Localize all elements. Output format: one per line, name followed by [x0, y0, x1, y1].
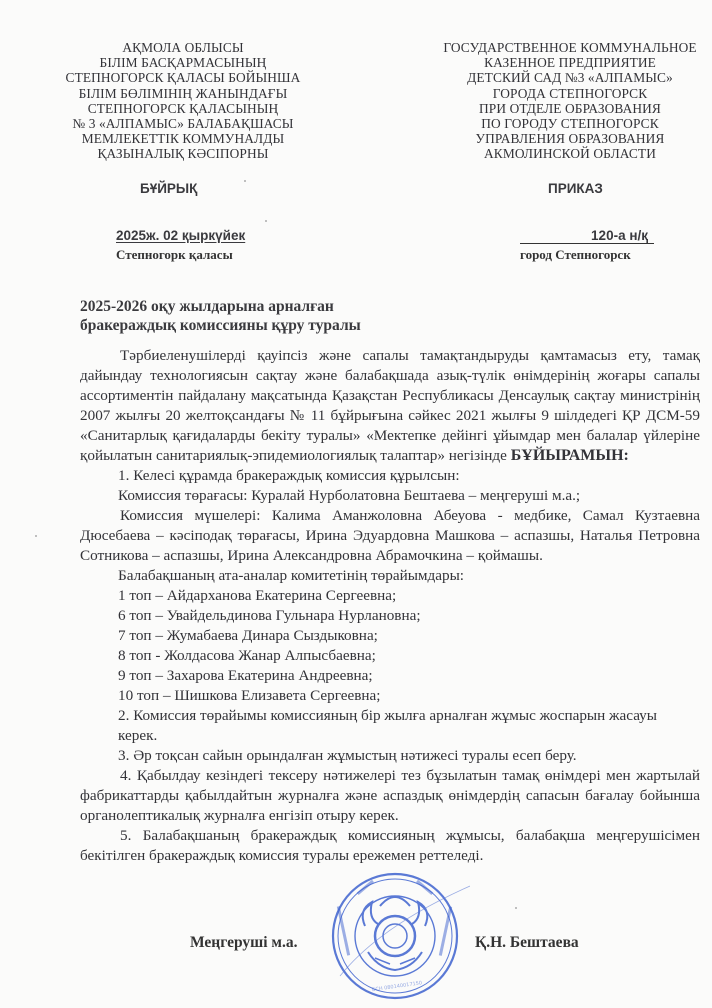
- parent-group-item: 7 топ – Жумабаева Динара Сыздыковна;: [80, 626, 700, 646]
- parents-heading: Балабақшаның ата-аналар комитетінің төра…: [80, 566, 700, 586]
- header-kz-line: ҚАЗЫНАЛЫҚ КӘСІПОРНЫ: [48, 146, 318, 161]
- order-title: 2025-2026 оқу жылдарына арналған бракера…: [80, 297, 361, 335]
- header-kz-line: № 3 «АЛПАМЫС» БАЛАБАҚШАСЫ: [48, 116, 318, 131]
- header-ru-line: ГОСУДАРСТВЕННОЕ КОММУНАЛЬНОЕ: [420, 40, 712, 55]
- seal-emblem-icon: БСН 080140017150: [320, 866, 470, 1000]
- parent-group-item: 1 топ – Айдарханова Екатерина Сергеевна;: [80, 586, 700, 606]
- scan-speck: [515, 907, 517, 909]
- commission-members: Комиссия мүшелері: Калима Аманжоловна Аб…: [80, 506, 700, 566]
- header-russian: ГОСУДАРСТВЕННОЕ КОММУНАЛЬНОЕ КАЗЕННОЕ ПР…: [420, 40, 712, 162]
- item-4: 4. Қабылдау кезіндегі тексеру нәтижелері…: [80, 766, 700, 826]
- order-number: 120-а н/қ: [520, 228, 654, 244]
- doc-type-kz: БҰЙРЫҚ: [140, 181, 197, 196]
- city-kz: Степногорк қаласы: [116, 247, 233, 263]
- item-5: 5. Балабақшаның бракераждық комиссияның …: [80, 826, 700, 866]
- commission-chair: Комиссия төрағасы: Куралай Нурболатовна …: [80, 486, 700, 506]
- header-kz-line: СТЕПНОГОРСК ҚАЛАСЫ БОЙЫНША: [48, 70, 318, 85]
- order-word: БҰЙЫРАМЫН:: [511, 447, 629, 464]
- doc-type-ru: ПРИКАЗ: [548, 181, 603, 196]
- parent-group-item: 10 топ – Шишкова Елизавета Сергеевна;: [80, 686, 700, 706]
- header-kz-line: БІЛІМ БАСҚАРМАСЫНЫҢ: [48, 55, 318, 70]
- item-2: 2. Комиссия төрайымы комиссияның бір жыл…: [80, 706, 700, 746]
- signature-name: Қ.Н. Бештаева: [475, 934, 579, 952]
- preamble-paragraph: Тәрбиеленушілерді қауіпсіз және сапалы т…: [80, 346, 700, 466]
- svg-text:БСН 080140017150: БСН 080140017150: [372, 980, 423, 993]
- signature-position: Меңгеруші м.а.: [190, 934, 297, 952]
- item-3: 3. Әр тоқсан сайын орындалған жұмыстың н…: [80, 746, 700, 766]
- header-ru-line: АКМОЛИНСКОЙ ОБЛАСТИ: [420, 146, 712, 161]
- header-ru-line: ПРИ ОТДЕЛЕ ОБРАЗОВАНИЯ: [420, 101, 712, 116]
- order-body: Тәрбиеленушілерді қауіпсіз және сапалы т…: [80, 346, 700, 866]
- order-date: 2025ж. 02 қыркүйек: [116, 228, 245, 243]
- header-ru-line: ГОРОДА СТЕПНОГОРСК: [420, 86, 712, 101]
- title-line-2: бракераждық комиссияны құру туралы: [80, 316, 361, 335]
- scan-speck: [244, 180, 246, 182]
- scan-speck: [265, 220, 267, 222]
- header-ru-line: ПО ГОРОДУ СТЕПНОГОРСК: [420, 116, 712, 131]
- city-ru: город Степногорск: [520, 247, 631, 263]
- parent-group-item: 8 топ - Жолдасова Жанар Алпысбаевна;: [80, 646, 700, 666]
- header-ru-line: ДЕТСКИЙ САД №3 «АЛПАМЫС»: [420, 70, 712, 85]
- item-1: 1. Келесі құрамда бракераждық комиссия қ…: [80, 466, 700, 486]
- parent-group-item: 6 топ – Увайдельдинова Гульнара Нурланов…: [80, 606, 700, 626]
- scan-speck: [35, 535, 37, 537]
- official-stamp: БСН 080140017150: [320, 866, 470, 1000]
- header-kz-line: СТЕПНОГОРСК ҚАЛАСЫНЫҢ: [48, 101, 318, 116]
- header-ru-line: УПРАВЛЕНИЯ ОБРАЗОВАНИЯ: [420, 131, 712, 146]
- header-kz-line: АҚМОЛА ОБЛЫСЫ: [48, 40, 318, 55]
- header-kz-line: МЕМЛЕКЕТТІК КОММУНАЛДЫ: [48, 131, 318, 146]
- header-ru-line: КАЗЕННОЕ ПРЕДПРИЯТИЕ: [420, 55, 712, 70]
- title-line-1: 2025-2026 оқу жылдарына арналған: [80, 297, 361, 316]
- header-kazakh: АҚМОЛА ОБЛЫСЫ БІЛІМ БАСҚАРМАСЫНЫҢ СТЕПНО…: [48, 40, 318, 162]
- parent-group-item: 9 топ – Захарова Екатерина Андреевна;: [80, 666, 700, 686]
- header-kz-line: БІЛІМ БӨЛІМІНІҢ ЖАНЫНДАҒЫ: [48, 86, 318, 101]
